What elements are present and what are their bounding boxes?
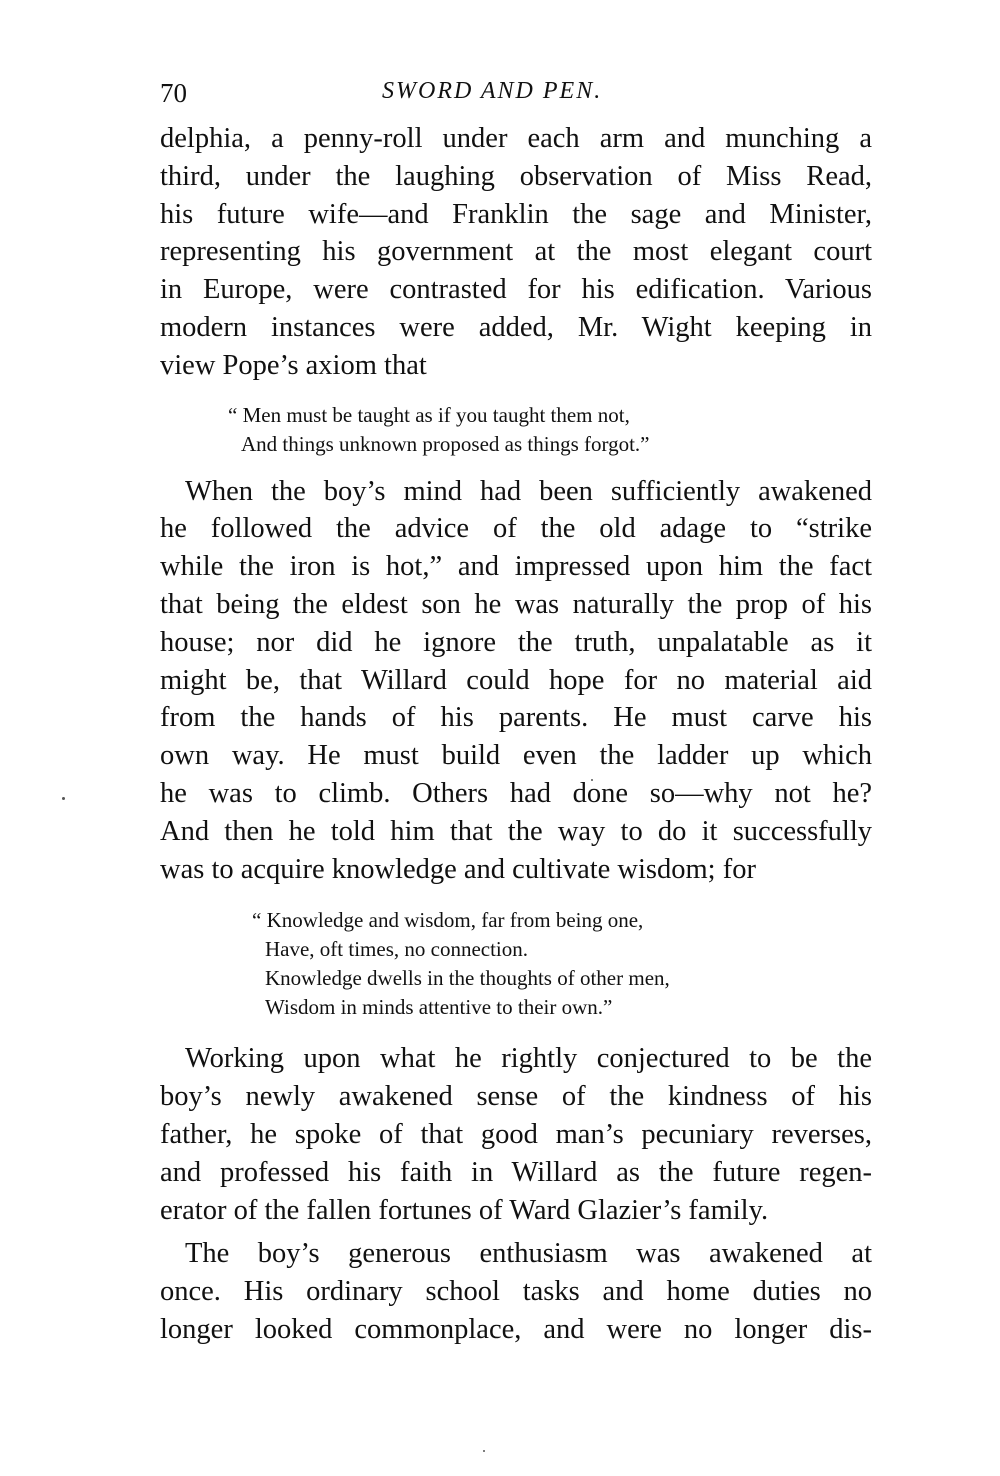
text-line: once. His ordinary school tasks and home…: [160, 1273, 872, 1311]
verse-quote-1: “ Men must be taught as if you taught th…: [228, 401, 872, 459]
text-line: The boy’s generous enthusiasm was awaken…: [160, 1235, 872, 1273]
text-line: Working upon what he rightly conjectured…: [160, 1040, 872, 1078]
running-head: 70 SWORD AND PEN.: [160, 78, 872, 118]
text-line: and professed his faith in Willard as th…: [160, 1154, 872, 1192]
text-line: his future wife—and Franklin the sage an…: [160, 196, 872, 234]
verse-line: Wisdom in minds attentive to their own.”: [252, 993, 872, 1022]
running-title: SWORD AND PEN.: [382, 78, 602, 105]
verse-line: “ Knowledge and wisdom, far from being o…: [252, 906, 872, 935]
scan-speck: [483, 1450, 485, 1452]
verse-line: Knowledge dwells in the thoughts of othe…: [252, 964, 872, 993]
text-line: representing his government at the most …: [160, 233, 872, 271]
text-line: own way. He must build even the ladder u…: [160, 737, 872, 775]
paragraph-4: The boy’s generous enthusiasm was awaken…: [160, 1235, 872, 1348]
text-line: delphia, a penny-roll under each arm and…: [160, 120, 872, 158]
text-line: modern instances were added, Mr. Wight k…: [160, 309, 872, 347]
scan-speck: [62, 797, 65, 800]
text-line: from the hands of his parents. He must c…: [160, 699, 872, 737]
verse-line: And things unknown proposed as things fo…: [228, 430, 872, 459]
text-line: view Pope’s axiom that: [160, 347, 872, 385]
text-line: was to acquire knowledge and cultivate w…: [160, 851, 872, 889]
text-line: he was to climb. Others had done so—why …: [160, 775, 872, 813]
verse-line: “ Men must be taught as if you taught th…: [228, 401, 872, 430]
text-line: And then he told him that the way to do …: [160, 813, 872, 851]
text-line: boy’s newly awakened sense of the kindne…: [160, 1078, 872, 1116]
text-line: he followed the advice of the old adage …: [160, 510, 872, 548]
paragraph-2: When the boy’s mind had been sufficientl…: [160, 473, 872, 889]
text-line: erator of the fallen fortunes of Ward Gl…: [160, 1192, 872, 1230]
paragraph-3: Working upon what he rightly conjectured…: [160, 1040, 872, 1229]
text-line: that being the eldest son he was natural…: [160, 586, 872, 624]
text-line: longer looked commonplace, and were no l…: [160, 1311, 872, 1349]
text-line: house; nor did he ignore the truth, unpa…: [160, 624, 872, 662]
verse-quote-2: “ Knowledge and wisdom, far from being o…: [252, 906, 872, 1022]
page-number: 70: [160, 78, 187, 109]
paragraph-1: delphia, a penny-roll under each arm and…: [160, 120, 872, 385]
text-line: father, he spoke of that good man’s pecu…: [160, 1116, 872, 1154]
text-line: while the iron is hot,” and impressed up…: [160, 548, 872, 586]
text-line: might be, that Willard could hope for no…: [160, 662, 872, 700]
scan-speck: [591, 779, 593, 781]
book-page: 70 SWORD AND PEN. delphia, a penny-roll …: [160, 78, 872, 1349]
verse-line: Have, oft times, no connection.: [252, 935, 872, 964]
text-line: When the boy’s mind had been sufficientl…: [160, 473, 872, 511]
text-line: third, under the laughing observation of…: [160, 158, 872, 196]
paragraph-gap: [160, 1229, 872, 1233]
text-line: in Europe, were contrasted for his edifi…: [160, 271, 872, 309]
